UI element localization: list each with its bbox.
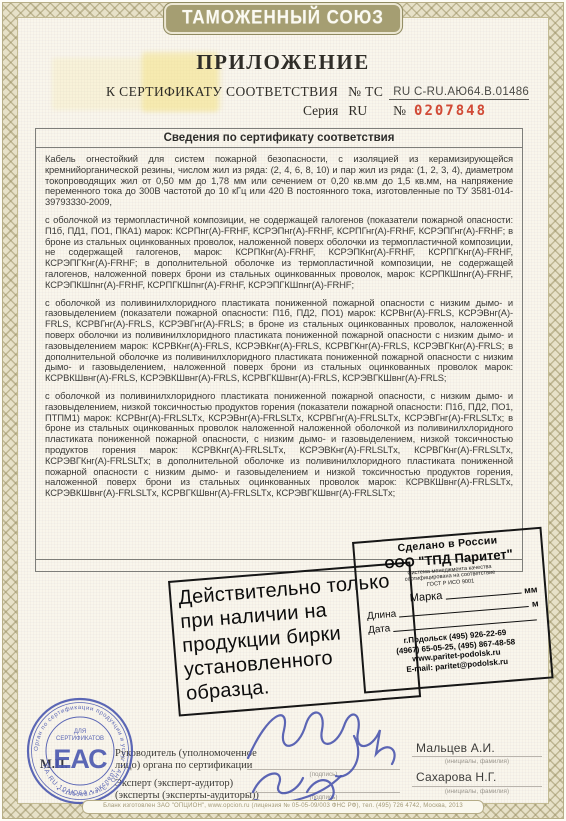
customs-union-banner: ТАМОЖЕННЫЙ СОЮЗ <box>164 3 402 34</box>
head-name: Мальцев А.И. <box>416 741 495 755</box>
field-unit: мм <box>524 585 538 596</box>
blank-imprint: Бланк изготовлен ЗАО "ОПЦИОН", www.opcio… <box>82 800 484 814</box>
serial-number: 0207848 <box>414 103 487 119</box>
series-line: Серия RU № 0207848 <box>303 103 487 119</box>
cable-description-paragraph: Кабель огнестойкий для систем пожарной б… <box>45 154 513 208</box>
manufacturer-stamp: Сделано в России ООО "ТПД Паритет" Систе… <box>352 527 554 694</box>
eac-logo: ЕАС <box>53 744 107 774</box>
number-sign: № <box>393 103 406 119</box>
details-box-body: Кабель огнестойкий для систем пожарной б… <box>36 148 522 559</box>
frhf-marks-paragraph: с оболочкой из термопластичной композици… <box>45 215 513 291</box>
certificate-label: К СЕРТИФИКАТУ СООТВЕТСТВИЯ <box>106 84 338 100</box>
expert-name: Сахарова Н.Г. <box>416 770 497 784</box>
head-name-line <box>412 756 542 757</box>
eac-round-stamp: Орган по сертификации продукции и услуг … <box>25 695 135 807</box>
frlsltx-marks-paragraph: с оболочкой из поливинилхлоридного пласт… <box>45 391 513 499</box>
stamp-for-certificates-line2: СЕРТИФИКАТОВ <box>56 736 104 742</box>
page-title: ПРИЛОЖЕНИЕ <box>0 50 566 75</box>
banner-text: ТАМОЖЕННЫЙ СОЮЗ <box>182 7 384 29</box>
name-caption: (инициалы, фамилия) <box>412 788 542 795</box>
details-box-title: Сведения по сертификату соответствия <box>36 129 522 148</box>
series-region: RU <box>348 103 367 119</box>
series-label: Серия <box>303 103 338 119</box>
certificate-no-label: № ТС <box>348 84 383 100</box>
expert-role: Эксперт (эксперт-аудитор) (эксперты (экс… <box>115 778 265 801</box>
field-label: Дата <box>368 623 391 636</box>
stamp-for-certificates-line1: ДЛЯ <box>74 729 86 735</box>
expert-name-line <box>412 786 542 787</box>
certificate-number-line: К СЕРТИФИКАТУ СООТВЕТСТВИЯ № ТС RU C-RU.… <box>106 84 520 100</box>
field-unit: м <box>531 598 538 609</box>
frls-marks-paragraph: с оболочкой из поливинилхлоридного пласт… <box>45 298 513 384</box>
certificate-details-box: Сведения по сертификату соответствия Каб… <box>35 128 523 572</box>
certificate-number: RU C-RU.АЮ64.В.01486 <box>389 86 529 100</box>
name-caption: (инициалы, фамилия) <box>412 758 542 765</box>
certificate-page: ТАМОЖЕННЫЙ СОЮЗ ПРИЛОЖЕНИЕ К СЕРТИФИКАТУ… <box>0 0 566 821</box>
field-label: Длина <box>367 609 397 622</box>
field-label: Марка <box>409 590 443 605</box>
